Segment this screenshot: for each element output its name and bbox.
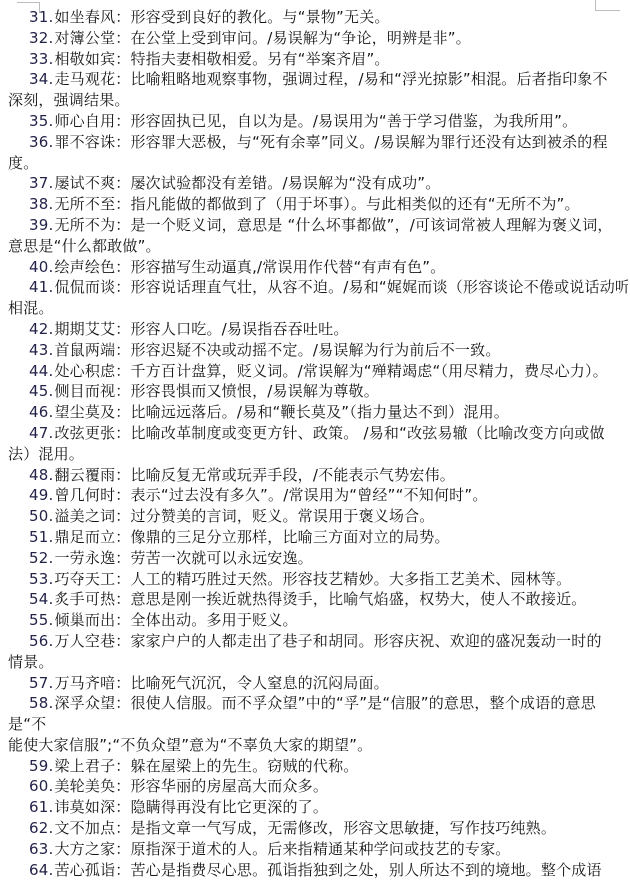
document-page: 31.如坐春风：形容受到良好的教化。与“景物”无关。32.对簿公堂：在公堂上受到… [0, 0, 630, 889]
entry-number: 52. [29, 549, 54, 567]
entry-text: 倾巢而出：全体出动。多用于贬义。 [54, 611, 297, 629]
entry-text: 师心自用：形容固执已见，自以为是。/易误用为“善于学习借鉴，为我所用”。 [54, 112, 577, 130]
entry-text: 望尘莫及：比喻远远落后。/易和“鞭长莫及”（指力量达不到）混用。 [54, 403, 509, 421]
entry-text: 溢美之词：过分赞美的言词，贬义。常误用于褒义场合。 [54, 507, 434, 525]
entry-number: 54. [29, 590, 54, 608]
idiom-wrap-line: 能使大家信服”;“不负众望”意为“不辜负大家的期望”。 [8, 735, 628, 756]
entry-number: 57. [29, 674, 54, 692]
idiom-entry-line: 43.首鼠两端：形容迟疑不决或动摇不定。/易误解为行为前后不一致。 [8, 340, 628, 361]
text-boundary-mark-top-left-horizontal [17, 2, 40, 3]
entry-text: 讳莫如深：隐瞒得再没有比它更深的了。 [54, 798, 328, 816]
idiom-entry-line: 36.罪不容诛：形容罪大恶极，与“死有余辜”同义。/易误解为罪行还没有达到被杀的… [8, 132, 628, 153]
entry-number: 46. [29, 403, 54, 421]
entry-number: 34. [29, 70, 54, 88]
idiom-entry-line: 55.倾巢而出：全体出动。多用于贬义。 [8, 610, 628, 631]
idiom-wrap-line: 相混。 [8, 298, 628, 319]
entry-text: 侧目而视：形容畏惧而又愤恨，/易误解为尊敬。 [54, 382, 378, 400]
idiom-entry-line: 52.一劳永逸：劳苦一次就可以永远安逸。 [8, 548, 628, 569]
idiom-wrap-line: 意思是“什么都敢做”。 [8, 236, 628, 257]
entry-number: 61. [29, 798, 54, 816]
idiom-entry-line: 32.对簿公堂：在公堂上受到审问。/易误解为“争论，明辨是非”。 [8, 28, 628, 49]
idiom-entry-line: 64.苦心孤诣：苦心是指费尽心思。孤诣指独到之处，别人所达不到的境地。整个成语 [8, 860, 628, 881]
entry-number: 62. [29, 819, 54, 837]
entry-number: 41. [29, 278, 54, 296]
idiom-entry-line: 49.曾几何时：表示“过去没有多久”。/常误用为“曾经”“不知何时”。 [8, 485, 628, 506]
entry-text: 走马观花：比喻粗略地观察事物，强调过程，/易和“浮光掠影”相混。后者指印象不 [54, 70, 607, 88]
entry-text: 文不加点：是指文章一气写成，无需修改，形容文思敏捷，写作技巧纯熟。 [54, 819, 556, 837]
idiom-entry-line: 46.望尘莫及：比喻远远落后。/易和“鞭长莫及”（指力量达不到）混用。 [8, 402, 628, 423]
entry-text: 改弦更张：比喻改革制度或变更方针、政策。 /易和“改弦易辙（比喻改变方向或做 [54, 424, 604, 442]
idiom-entry-line: 63.大方之家：原指深于道术的人。后来指精通某种学问或技艺的专家。 [8, 839, 628, 860]
idiom-entry-line: 35.师心自用：形容固执已见，自以为是。/易误用为“善于学习借鉴，为我所用”。 [8, 111, 628, 132]
idiom-entry-line: 31.如坐春风：形容受到良好的教化。与“景物”无关。 [8, 7, 628, 28]
entry-text: 梁上君子：躲在屋梁上的先生。窃贼的代称。 [54, 757, 358, 775]
idiom-entry-line: 53.巧夺天工：人工的精巧胜过天然。形容技艺精妙。大多指工艺美术、园林等。 [8, 569, 628, 590]
idiom-entry-line: 58.深孚众望：很使人信服。而不孚众望”中的“孚”是“信服”的意思，整个成语的意… [8, 693, 628, 714]
idiom-entry-line: 57.万马齐喑：比喻死气沉沉，令人窒息的沉闷局面。 [8, 673, 628, 694]
entry-text: 侃侃而谈：形容说话理直气壮，从容不迫。/易和“娓娓而谈（形容谈论不倦或说话动听） [54, 278, 628, 296]
entry-text: 美轮美奂：形容华丽的房屋高大而众多。 [54, 777, 328, 795]
idiom-entry-line: 48.翻云覆雨：比喻反复无常或玩弄手段，/不能表示气势宏伟。 [8, 465, 628, 486]
entry-number: 64. [29, 861, 54, 879]
entry-number: 51. [29, 528, 54, 546]
idiom-entry-line: 62.文不加点：是指文章一气写成，无需修改，形容文思敏捷，写作技巧纯熟。 [8, 818, 628, 839]
idiom-entry-line: 39.无所不为：是一个贬义词，意思是 “什么坏事都做”，/可该词常被人理解为褒义… [8, 215, 628, 236]
idiom-wrap-line: 法）混用。 [8, 444, 628, 465]
idiom-entry-line: 61.讳莫如深：隐瞒得再没有比它更深的了。 [8, 797, 628, 818]
entry-number: 59. [29, 757, 54, 775]
entry-number: 44. [29, 362, 54, 380]
entry-text: 巧夺天工：人工的精巧胜过天然。形容技艺精妙。大多指工艺美术、园林等。 [54, 570, 571, 588]
entry-number: 39. [29, 216, 54, 234]
entry-number: 63. [29, 840, 54, 858]
entry-number: 53. [29, 570, 54, 588]
idiom-entry-line: 50.溢美之词：过分赞美的言词，贬义。常误用于褒义场合。 [8, 506, 628, 527]
idiom-entry-line: 33.相敬如宾：特指夫妻相敬相爱。另有“举案齐眉”。 [8, 49, 628, 70]
idiom-list: 31.如坐春风：形容受到良好的教化。与“景物”无关。32.对簿公堂：在公堂上受到… [8, 7, 628, 880]
idiom-entry-line: 45.侧目而视：形容畏惧而又愤恨，/易误解为尊敬。 [8, 381, 628, 402]
idiom-wrap-line: 度。 [8, 153, 628, 174]
idiom-entry-line: 59.梁上君子：躲在屋梁上的先生。窃贼的代称。 [8, 756, 628, 777]
entry-text: 一劳永逸：劳苦一次就可以永远安逸。 [54, 549, 312, 567]
entry-number: 60. [29, 777, 54, 795]
entry-text: 首鼠两端：形容迟疑不决或动摇不定。/易误解为行为前后不一致。 [54, 341, 500, 359]
entry-number: 43. [29, 341, 54, 359]
entry-number: 31. [29, 8, 54, 26]
entry-number: 48. [29, 466, 54, 484]
entry-text: 炙手可热：意思是刚一挨近就热得烫手，比喻气焰盛，权势大，使人不敢接近。 [54, 590, 586, 608]
entry-text: 翻云覆雨：比喻反复无常或玩弄手段，/不能表示气势宏伟。 [54, 466, 454, 484]
entry-text: 无所不为：是一个贬义词，意思是 “什么坏事都做”，/可该词常被人理解为褒义词， [54, 216, 612, 234]
idiom-entry-line: 56.万人空巷：家家户户的人都走出了巷子和胡同。形容庆祝、欢迎的盛况轰动一时的 [8, 631, 628, 652]
entry-number: 45. [29, 382, 54, 400]
entry-number: 37. [29, 174, 54, 192]
idiom-entry-line: 54.炙手可热：意思是刚一挨近就热得烫手，比喻气焰盛，权势大，使人不敢接近。 [8, 589, 628, 610]
entry-text: 期期艾艾：形容人口吃。/易误指吞吞吐吐。 [54, 320, 348, 338]
entry-number: 50. [29, 507, 54, 525]
entry-number: 58. [29, 694, 54, 712]
idiom-wrap-line: 深刻，强调结果。 [8, 90, 628, 111]
entry-text: 万人空巷：家家户户的人都走出了巷子和胡同。形容庆祝、欢迎的盛况轰动一时的 [54, 632, 601, 650]
idiom-wrap-line: 是“不 [8, 714, 628, 735]
entry-text: 罪不容诛：形容罪大恶极，与“死有余辜”同义。/易误解为罪行还没有达到被杀的程 [54, 133, 607, 151]
idiom-entry-line: 60.美轮美奂：形容华丽的房屋高大而众多。 [8, 776, 628, 797]
entry-text: 深孚众望：很使人信服。而不孚众望”中的“孚”是“信服”的意思，整个成语的意思 [54, 694, 595, 712]
entry-number: 38. [29, 195, 54, 213]
entry-number: 40. [29, 258, 54, 276]
entry-number: 36. [29, 133, 54, 151]
idiom-entry-line: 40.绘声绘色：形容描写生动逼真,/常误用作代替“有声有色”。 [8, 257, 628, 278]
entry-number: 33. [29, 50, 54, 68]
idiom-wrap-line: 情景。 [8, 652, 628, 673]
entry-number: 42. [29, 320, 54, 338]
entry-number: 32. [29, 29, 54, 47]
idiom-entry-line: 44.处心积虑：千方百计盘算，贬义词。/常误解为“殚精竭虑“（用尽精力，费尽心力… [8, 361, 628, 382]
entry-text: 无所不至：指凡能做的都做到了（用于坏事）。与此相类似的还有“无所不为”。 [54, 195, 579, 213]
idiom-entry-line: 38.无所不至：指凡能做的都做到了（用于坏事）。与此相类似的还有“无所不为”。 [8, 194, 628, 215]
idiom-entry-line: 37.屡试不爽：屡次试验都没有差错。/易误解为“没有成功”。 [8, 173, 628, 194]
entry-number: 35. [29, 112, 54, 130]
entry-text: 如坐春风：形容受到良好的教化。与“景物”无关。 [54, 8, 389, 26]
entry-text: 万马齐喑：比喻死气沉沉，令人窒息的沉闷局面。 [54, 674, 388, 692]
entry-text: 处心积虑：千方百计盘算，贬义词。/常误解为“殚精竭虑“（用尽精力，费尽心力）。 [54, 362, 607, 380]
entry-number: 47. [29, 424, 54, 442]
entry-text: 大方之家：原指深于道术的人。后来指精通某种学问或技艺的专家。 [54, 840, 510, 858]
idiom-entry-line: 34.走马观花：比喻粗略地观察事物，强调过程，/易和“浮光掠影”相混。后者指印象… [8, 69, 628, 90]
entry-text: 绘声绘色：形容描写生动逼真,/常误用作代替“有声有色”。 [54, 258, 445, 276]
idiom-entry-line: 51.鼎足而立：像鼎的三足分立那样，比喻三方面对立的局势。 [8, 527, 628, 548]
entry-text: 相敬如宾：特指夫妻相敬相爱。另有“举案齐眉”。 [54, 50, 389, 68]
entry-number: 49. [29, 486, 54, 504]
entry-number: 55. [29, 611, 54, 629]
idiom-entry-line: 47.改弦更张：比喻改革制度或变更方针、政策。 /易和“改弦易辙（比喻改变方向或… [8, 423, 628, 444]
entry-text: 鼎足而立：像鼎的三足分立那样，比喻三方面对立的局势。 [54, 528, 449, 546]
entry-number: 56. [29, 632, 54, 650]
idiom-entry-line: 42.期期艾艾：形容人口吃。/易误指吞吞吐吐。 [8, 319, 628, 340]
idiom-entry-line: 41.侃侃而谈：形容说话理直气壮，从容不迫。/易和“娓娓而谈（形容谈论不倦或说话… [8, 277, 628, 298]
entry-text: 苦心孤诣：苦心是指费尽心思。孤诣指独到之处，别人所达不到的境地。整个成语 [54, 861, 601, 879]
entry-text: 曾几何时：表示“过去没有多久”。/常误用为“曾经”“不知何时”。 [54, 486, 487, 504]
entry-text: 对簿公堂：在公堂上受到审问。/易误解为“争论，明辨是非”。 [54, 29, 470, 47]
entry-text: 屡试不爽：屡次试验都没有差错。/易误解为“没有成功”。 [54, 174, 440, 192]
